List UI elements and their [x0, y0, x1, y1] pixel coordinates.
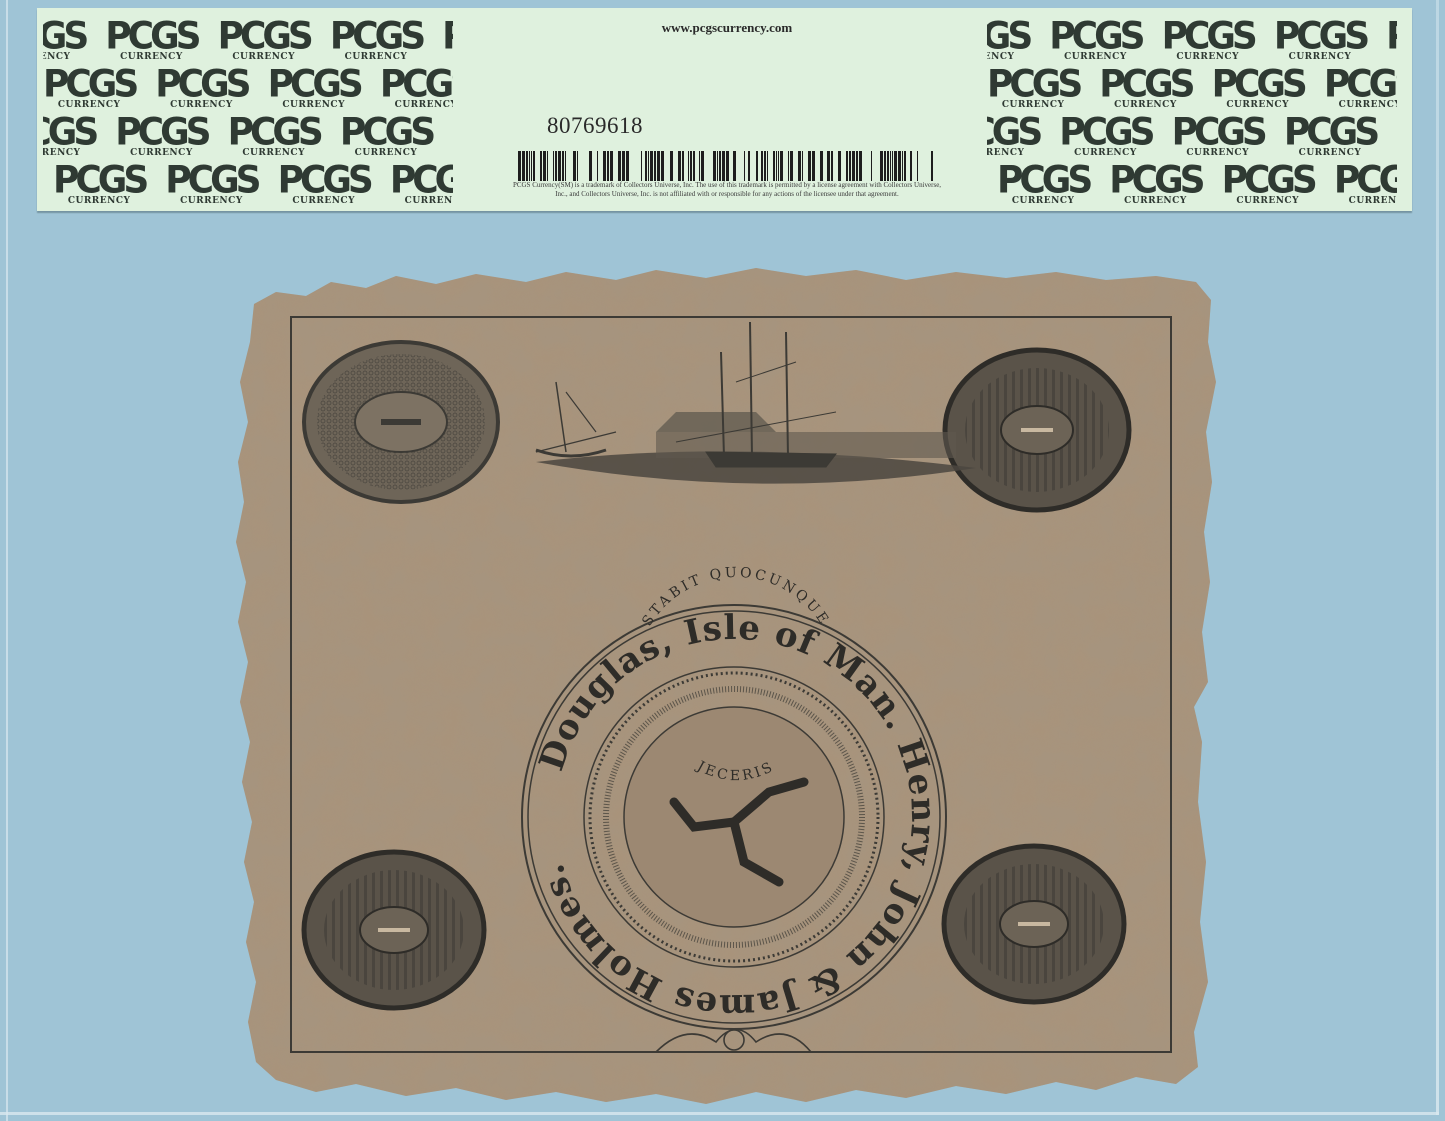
banknote-artwork: Douglas, Isle of Man. Henry, John & Jame… [236, 262, 1226, 1110]
oval-rosette-icon [304, 852, 484, 1008]
website-text: www.pcgscurrency.com [447, 20, 1007, 36]
banknote: Douglas, Isle of Man. Henry, John & Jame… [236, 262, 1226, 1110]
pcgs-logo-icon: PCGSCURRENCY [228, 116, 320, 158]
pcgs-logo-icon: PCGSCURRENCY [1099, 68, 1191, 110]
pcgs-logo-icon: PCGSCURRENCY [43, 20, 85, 62]
pcgs-logo-icon: PCGSCURRENCY [1162, 20, 1254, 62]
pcgs-logo-icon: PCGSCURRENCY [330, 20, 422, 62]
pcgs-logo-icon: PCGSCURRENCY [1059, 116, 1151, 158]
pcgs-logo-icon: PCGSCURRENCY [1334, 164, 1397, 206]
pcgs-logo-icon: PCGSCURRENCY [1396, 116, 1397, 158]
holder-edge [1436, 0, 1439, 1115]
pattern-row: PCGSCURRENCYPCGSCURRENCYPCGSCURRENCYPCGS… [987, 20, 1397, 62]
holder-edge [0, 1112, 1439, 1115]
pcgs-logo-icon: PCGSCURRENCY [340, 116, 432, 158]
security-pattern-right: PCGSCURRENCYPCGSCURRENCYPCGSCURRENCYPCGS… [987, 12, 1397, 208]
pcgs-logo-icon: PCGSCURRENCY [1049, 20, 1141, 62]
pcgs-logo-icon: PCGSCURRENCY [115, 116, 207, 158]
label-info: www.pcgscurrency.com 80769618 PCGS Curre… [447, 8, 1007, 211]
pattern-row: PCGSCURRENCYPCGSCURRENCYPCGSCURRENCYPCGS… [43, 116, 453, 158]
pcgs-logo-icon: PCGSCURRENCY [1109, 164, 1201, 206]
pcgs-logo-icon: PCGSCURRENCY [53, 164, 145, 206]
pcgs-logo-icon: PCGSCURRENCY [1222, 164, 1314, 206]
oval-rosette-icon [304, 342, 498, 502]
legal-text: PCGS Currency(SM) is a trademark of Coll… [507, 181, 947, 199]
pcgs-logo-icon: PCGSCURRENCY [1386, 20, 1397, 62]
pcgs-logo-icon: PCGSCURRENCY [1274, 20, 1366, 62]
pcgs-logo-icon: PCGSCURRENCY [268, 68, 360, 110]
pcgs-logo-icon: PCGSCURRENCY [1284, 116, 1376, 158]
pattern-row: PCGSCURRENCYPCGSCURRENCYPCGSCURRENCYPCGS… [43, 68, 453, 110]
oval-rosette-icon [944, 846, 1124, 1002]
grading-label: PCGSCURRENCYPCGSCURRENCYPCGSCURRENCYPCGS… [37, 8, 1412, 211]
pcgs-logo-icon: PCGSCURRENCY [1172, 116, 1264, 158]
security-pattern-left: PCGSCURRENCYPCGSCURRENCYPCGSCURRENCYPCGS… [43, 12, 453, 208]
pcgs-logo-icon: PCGSCURRENCY [1324, 68, 1397, 110]
pcgs-logo-icon: PCGSCURRENCY [155, 68, 247, 110]
pattern-row: PCGSCURRENCYPCGSCURRENCYPCGSCURRENCYPCGS… [987, 68, 1397, 110]
pattern-row: PCGSCURRENCYPCGSCURRENCYPCGSCURRENCYPCGS… [43, 20, 453, 62]
cert-number: 80769618 [547, 113, 643, 139]
pcgs-logo-icon: PCGSCURRENCY [278, 164, 370, 206]
oval-rosette-icon [945, 350, 1129, 510]
pcgs-logo-icon: PCGSCURRENCY [390, 164, 453, 206]
pcgs-logo-icon: PCGSCURRENCY [997, 164, 1089, 206]
pattern-row: PCGSCURRENCYPCGSCURRENCYPCGSCURRENCYPCGS… [53, 164, 453, 206]
pcgs-logo-icon: PCGSCURRENCY [43, 68, 135, 110]
pattern-row: PCGSCURRENCYPCGSCURRENCYPCGSCURRENCYPCGS… [997, 164, 1397, 206]
holder-edge [6, 0, 8, 1121]
pcgs-logo-icon: PCGSCURRENCY [43, 116, 95, 158]
barcode [515, 151, 938, 181]
pcgs-logo-icon: PCGSCURRENCY [380, 68, 453, 110]
pattern-row: PCGSCURRENCYPCGSCURRENCYPCGSCURRENCYPCGS… [987, 116, 1397, 158]
pcgs-logo-icon: PCGSCURRENCY [218, 20, 310, 62]
pcgs-logo-icon: PCGSCURRENCY [105, 20, 197, 62]
pcgs-logo-icon: PCGSCURRENCY [1212, 68, 1304, 110]
pcgs-logo-icon: PCGSCURRENCY [165, 164, 257, 206]
